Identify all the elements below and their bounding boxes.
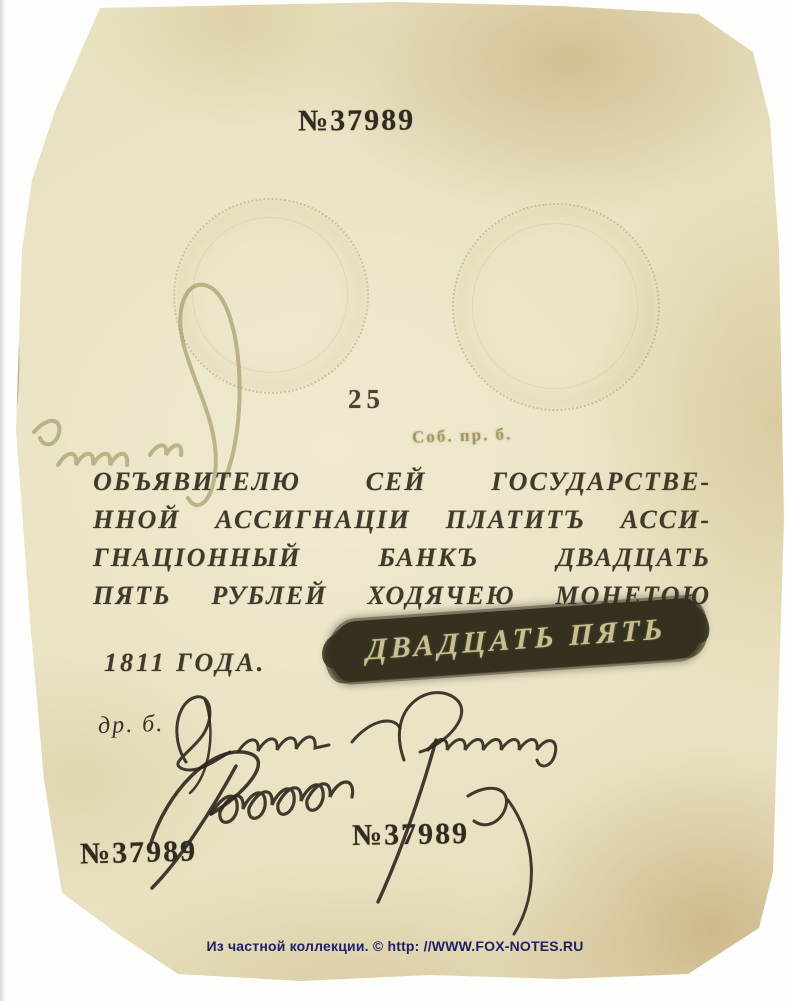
denomination-numeral: 25 xyxy=(348,384,385,415)
signature-2-flourish xyxy=(508,800,531,934)
collection-watermark-caption: Из частной коллекции. © http: //WWW.FOX-… xyxy=(206,938,583,954)
signature-1-tail xyxy=(428,740,556,766)
year-line: 1811 ГОДА. xyxy=(104,648,266,678)
serial-number-top: №37989 xyxy=(298,103,415,138)
scan-edge-shadow xyxy=(0,0,6,1001)
obligation-line-3: ГНАЦІОННЫЙБАНКЪДВАДЦАТЬ xyxy=(93,539,711,577)
banknote-paper: №37989 25 Соб. пр. б. ОБЪЯВИТЕЛЮСЕЙГОСУД… xyxy=(0,0,790,1001)
signature-2-initial xyxy=(150,752,258,846)
embossed-seal-left xyxy=(160,185,381,406)
signature-2-garland xyxy=(211,782,353,822)
obligation-line-1: ОБЪЯВИТЕЛЮСЕЙГОСУДАРСТВЕ- xyxy=(93,463,711,501)
serial-number-bottom-left: №37989 xyxy=(80,834,198,871)
signature-1-initial xyxy=(177,697,230,770)
signature-2-descender xyxy=(152,766,236,888)
bleedthrough-stamp-text: Соб. пр. б. xyxy=(412,424,513,447)
obligation-text-block: ОБЪЯВИТЕЛЮСЕЙГОСУДАРСТВЕ- ННОЙАССИГНАЦІИ… xyxy=(93,463,711,615)
signature-1-middle xyxy=(238,737,329,752)
serial-number-bottom-right: №37989 xyxy=(352,817,470,853)
signature-2-end xyxy=(468,788,507,824)
embossed-seal-right xyxy=(442,193,671,422)
obligation-line-2: ННОЙАССИГНАЦІИПЛАТИТЪАССИ- xyxy=(93,501,711,539)
value-stamp-text: ДВАДЦАТЬ ПЯТЬ xyxy=(366,612,666,667)
signature-1-loop xyxy=(399,693,461,760)
handwritten-prefix: др. б. xyxy=(98,711,165,740)
